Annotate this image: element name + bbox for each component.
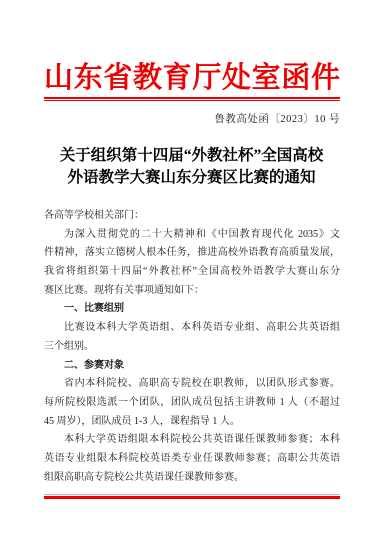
document-number: 鲁教高处函〔2023〕10 号 xyxy=(44,112,340,128)
section-heading-2: 二、参赛对象 xyxy=(44,357,340,376)
body-line: 组限高职高专院校公共英语课任课教师参赛。 xyxy=(44,469,340,488)
body-line: 件精神，落实立德树人根本任务，推进高校外语教育高质量发展， xyxy=(44,244,340,263)
body-line: 每所院校限选派一个团队，团队成员包括主讲教师 1 人（不超过 xyxy=(44,394,340,413)
body-line-salutation: 各高等学校相关部门： xyxy=(44,207,340,226)
body-line: 英语专业组限本科院校英语类专业任课教师参赛；高职公共英语 xyxy=(44,450,340,469)
body-line: 省内本科院校、高职高专院校在职教师，以团队形式参赛。 xyxy=(44,375,340,394)
letterhead-title: 山东省教育厅处室函件 xyxy=(44,59,340,97)
body-line: 三个组别。 xyxy=(44,338,340,357)
body-line: 比赛设本科大学英语组、本科英语专业组、高职公共英语组 xyxy=(44,319,340,338)
document-body: 各高等学校相关部门： 为深入贯彻党的二十大精神和《中国教育现代化 2035》文 … xyxy=(44,207,340,487)
section-heading-1: 一、比赛组别 xyxy=(44,300,340,319)
body-line: 我省将组织第十四届“外教社杯”全国高校外语教学大赛山东分 xyxy=(44,263,340,282)
body-line: 45 周岁），团队成员 1-3 人，课程指导 1 人。 xyxy=(44,413,340,432)
body-line: 为深入贯彻党的二十大精神和《中国教育现代化 2035》文 xyxy=(44,226,340,245)
notice-title-line1: 关于组织第十四届“外教社杯”全国高校 xyxy=(0,145,383,167)
body-line: 赛区比赛。现将有关事项通知如下： xyxy=(44,282,340,301)
letterhead-rule xyxy=(44,97,340,101)
notice-title-line2: 外语教学大赛山东分赛区比赛的通知 xyxy=(0,167,383,189)
document-page: 山东省教育厅处室函件 鲁教高处函〔2023〕10 号 关于组织第十四届“外教社杯… xyxy=(0,0,383,555)
notice-title: 关于组织第十四届“外教社杯”全国高校 外语教学大赛山东分赛区比赛的通知 xyxy=(0,145,383,188)
body-line: 本科大学英语组限本科院校公共英语课任课教师参赛；本科 xyxy=(44,431,340,450)
footer-rule xyxy=(44,494,340,499)
